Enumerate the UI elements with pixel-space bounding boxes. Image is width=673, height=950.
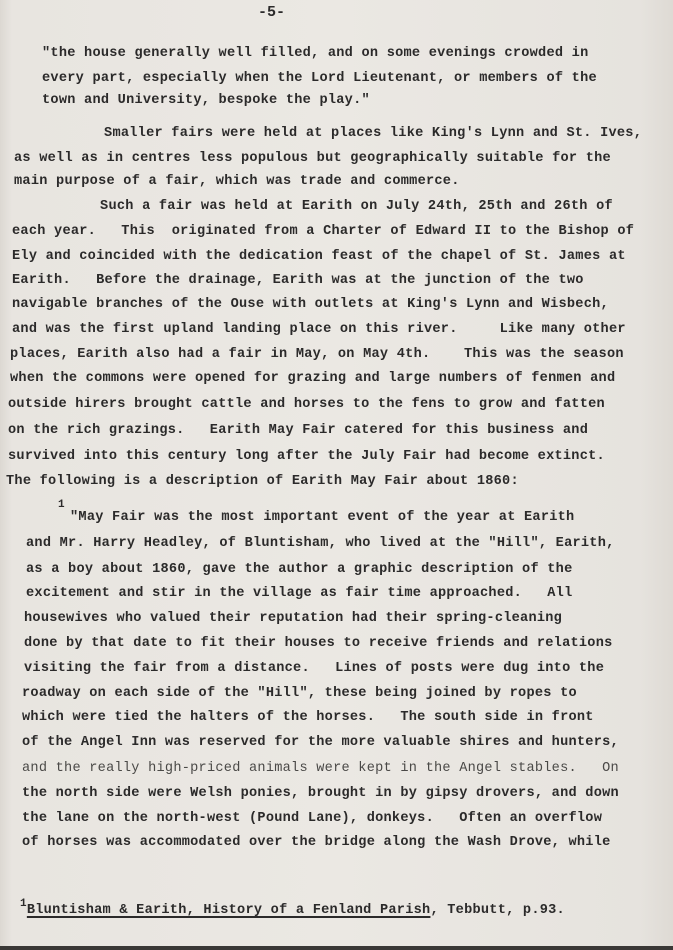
text-line: Ely and coincided with the dedication fe…	[12, 249, 626, 265]
footnote-marker: 1	[20, 898, 27, 910]
text-line: as well as in centres less populous but …	[14, 151, 611, 167]
text-line: which were tied the halters of the horse…	[22, 710, 594, 726]
text-line: Such a fair was held at Earith on July 2…	[58, 199, 613, 215]
text-line: the north side were Welsh ponies, brough…	[22, 786, 619, 802]
text-line: the lane on the north-west (Pound Lane),…	[22, 811, 602, 827]
text-line: Earith. Before the drainage, Earith was …	[12, 273, 584, 289]
text-line: town and University, bespoke the play."	[42, 93, 370, 109]
text-line: every part, especially when the Lord Lie…	[42, 71, 597, 87]
text-line: visiting the fair from a distance. Lines…	[24, 661, 604, 677]
page-number: -5-	[258, 4, 285, 21]
text-line: roadway on each side of the "Hill", thes…	[22, 686, 577, 702]
text-line: and was the first upland landing place o…	[12, 322, 626, 338]
text-line: "the house generally well filled, and on…	[42, 46, 589, 62]
text-line: on the rich grazings. Earith May Fair ca…	[8, 423, 588, 439]
text-line: excitement and stir in the village as fa…	[26, 586, 573, 602]
text-line: each year. This originated from a Charte…	[12, 224, 634, 240]
text-line: places, Earith also had a fair in May, o…	[10, 347, 624, 363]
text-line: of horses was accommodated over the brid…	[22, 835, 611, 851]
page-edge	[0, 946, 673, 950]
text-line: "May Fair was the most important event o…	[70, 510, 574, 526]
footnote-citation: , Tebbutt, p.93.	[430, 903, 565, 918]
text-line: done by that date to fit their houses to…	[24, 636, 613, 652]
footnote-reference: 1	[58, 499, 65, 511]
text-line: Smaller fairs were held at places like K…	[62, 126, 642, 142]
footnote-title: Bluntisham & Earith, History of a Fenlan…	[27, 903, 431, 918]
text-line: main purpose of a fair, which was trade …	[14, 174, 460, 190]
text-line: as a boy about 1860, gave the author a g…	[26, 562, 573, 578]
footnote-marker: 1	[58, 504, 65, 520]
text-line: navigable branches of the Ouse with outl…	[12, 297, 609, 313]
text-line: of the Angel Inn was reserved for the mo…	[22, 735, 619, 751]
text-line: housewives who valued their reputation h…	[24, 611, 562, 627]
typed-page: -5- "the house generally well filled, an…	[0, 0, 673, 950]
text-line: when the commons were opened for grazing…	[10, 371, 615, 387]
text-line: outside hirers brought cattle and horses…	[8, 397, 605, 413]
footnote: 1Bluntisham & Earith, History of a Fenla…	[20, 903, 565, 919]
text-line: and the really high-priced animals were …	[22, 761, 619, 777]
text-line: and Mr. Harry Headley, of Bluntisham, wh…	[26, 536, 615, 552]
text-line: The following is a description of Earith…	[6, 474, 519, 490]
text-line: survived into this century long after th…	[8, 449, 605, 465]
